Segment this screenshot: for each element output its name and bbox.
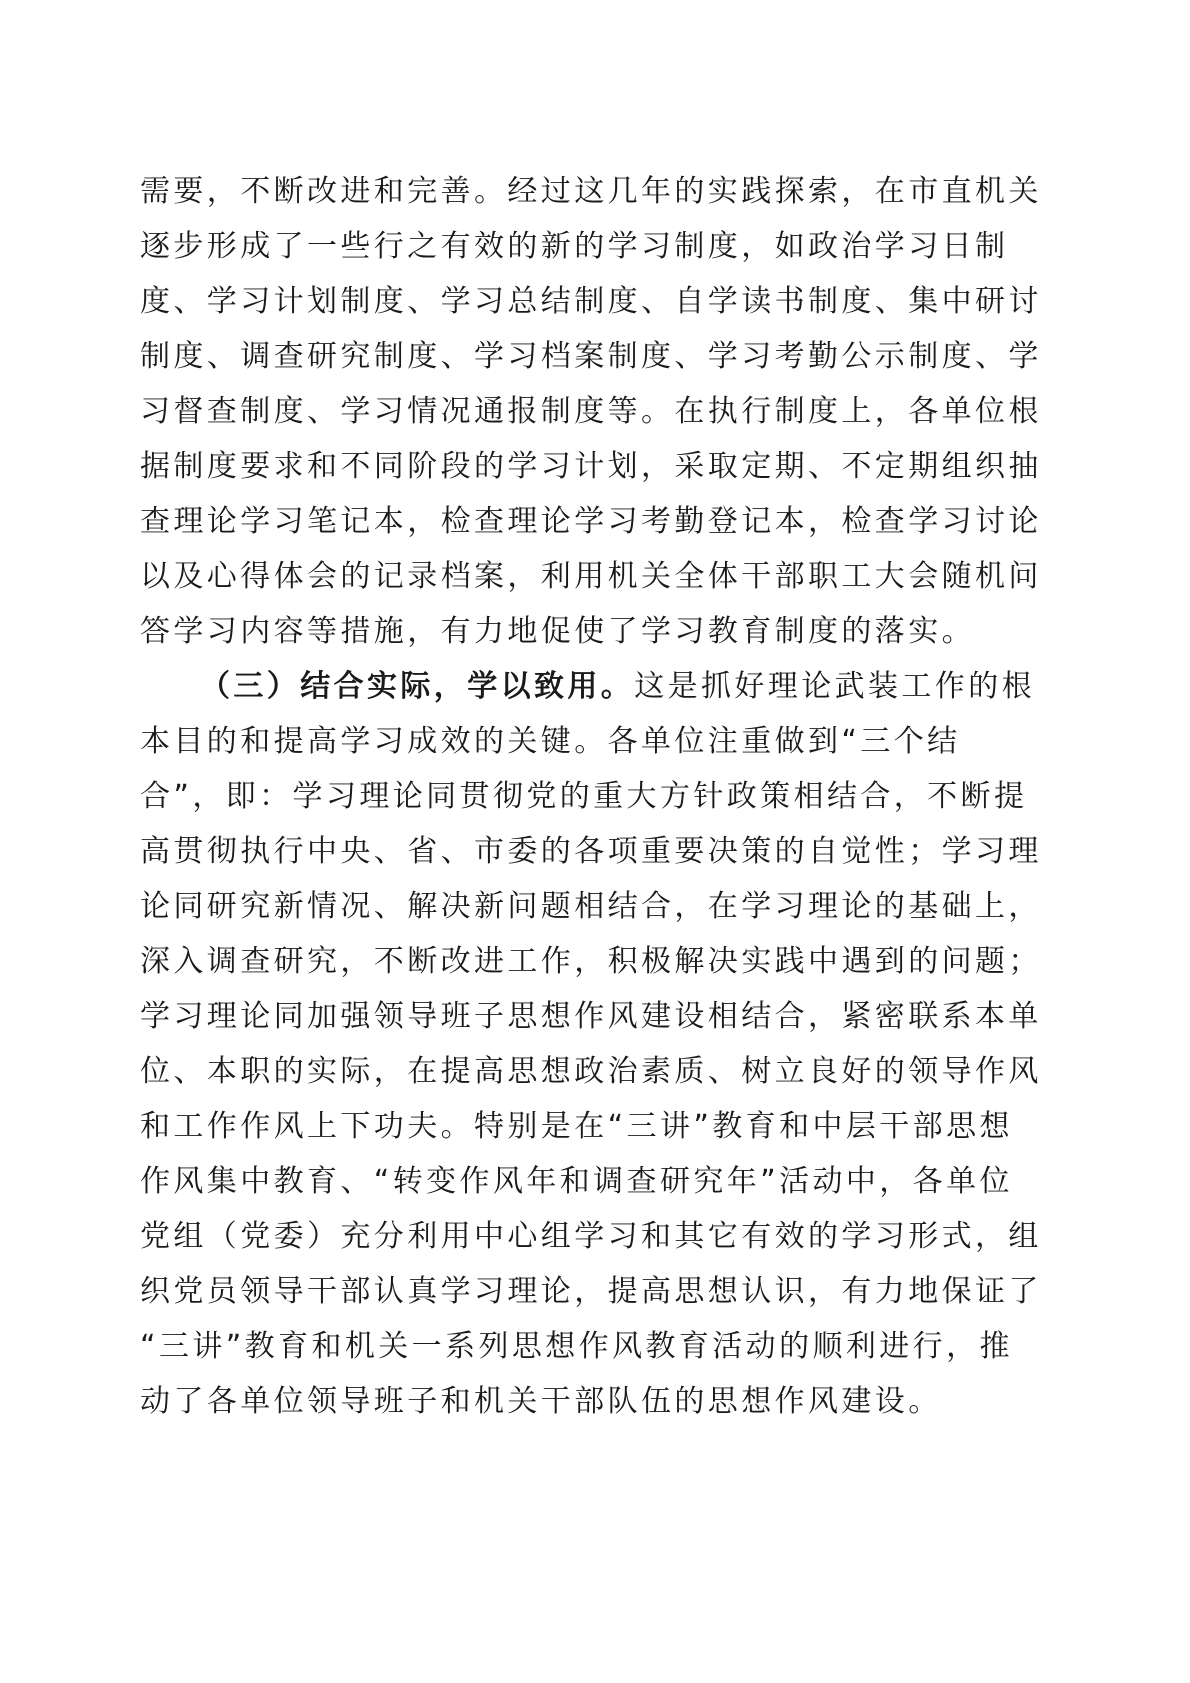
paragraph-line: 位、本职的实际，在提高思想政治素质、树立良好的领导作风 xyxy=(140,1052,970,1092)
document-page: 需要，不断改进和完善。经过这几年的实践探索，在市直机关 逐步形成了一些行之有效的… xyxy=(0,0,1190,1683)
paragraph-line: “三讲”教育和机关一系列思想作风教育活动的顺利进行，推 xyxy=(140,1327,970,1367)
paragraph-line: 逐步形成了一些行之有效的新的学习制度，如政治学习日制 xyxy=(140,227,970,267)
section-heading-line: （三）结合实际，学以致用。这是抓好理论武装工作的根 xyxy=(200,667,970,707)
paragraph-line: 作风集中教育、“转变作风年和调查研究年”活动中，各单位 xyxy=(140,1162,970,1202)
paragraph-line: 学习理论同加强领导班子思想作风建设相结合，紧密联系本单 xyxy=(140,997,970,1037)
paragraph-line: 答学习内容等措施，有力地促使了学习教育制度的落实。 xyxy=(140,612,970,652)
paragraph-line: 合”，即：学习理论同贯彻党的重大方针政策相结合，不断提 xyxy=(140,777,970,817)
section-heading: （三）结合实际，学以致用。 xyxy=(200,669,634,704)
paragraph-line: 习督查制度、学习情况通报制度等。在执行制度上，各单位根 xyxy=(140,392,970,432)
paragraph-line: 党组（党委）充分利用中心组学习和其它有效的学习形式，组 xyxy=(140,1217,970,1257)
section-text: 这是抓好理论武装工作的根 xyxy=(634,669,1035,704)
paragraph-line: 本目的和提高学习成效的关键。各单位注重做到“三个结 xyxy=(140,722,970,762)
paragraph-line: 动了各单位领导班子和机关干部队伍的思想作风建设。 xyxy=(140,1382,970,1422)
paragraph-line: 据制度要求和不同阶段的学习计划，采取定期、不定期组织抽 xyxy=(140,447,970,487)
paragraph-line: 和工作作风上下功夫。特别是在“三讲”教育和中层干部思想 xyxy=(140,1107,970,1147)
paragraph-line: 查理论学习笔记本，检查理论学习考勤登记本，检查学习讨论 xyxy=(140,502,970,542)
paragraph-line: 以及心得体会的记录档案，利用机关全体干部职工大会随机问 xyxy=(140,557,970,597)
paragraph-line: 织党员领导干部认真学习理论，提高思想认识，有力地保证了 xyxy=(140,1272,970,1312)
paragraph-line: 制度、调查研究制度、学习档案制度、学习考勤公示制度、学 xyxy=(140,337,970,377)
paragraph-line: 需要，不断改进和完善。经过这几年的实践探索，在市直机关 xyxy=(140,172,970,212)
paragraph-line: 高贯彻执行中央、省、市委的各项重要决策的自觉性；学习理 xyxy=(140,832,970,872)
paragraph-line: 论同研究新情况、解决新问题相结合，在学习理论的基础上， xyxy=(140,887,970,927)
paragraph-line: 深入调查研究，不断改进工作，积极解决实践中遇到的问题； xyxy=(140,942,970,982)
paragraph-line: 度、学习计划制度、学习总结制度、自学读书制度、集中研讨 xyxy=(140,282,970,322)
